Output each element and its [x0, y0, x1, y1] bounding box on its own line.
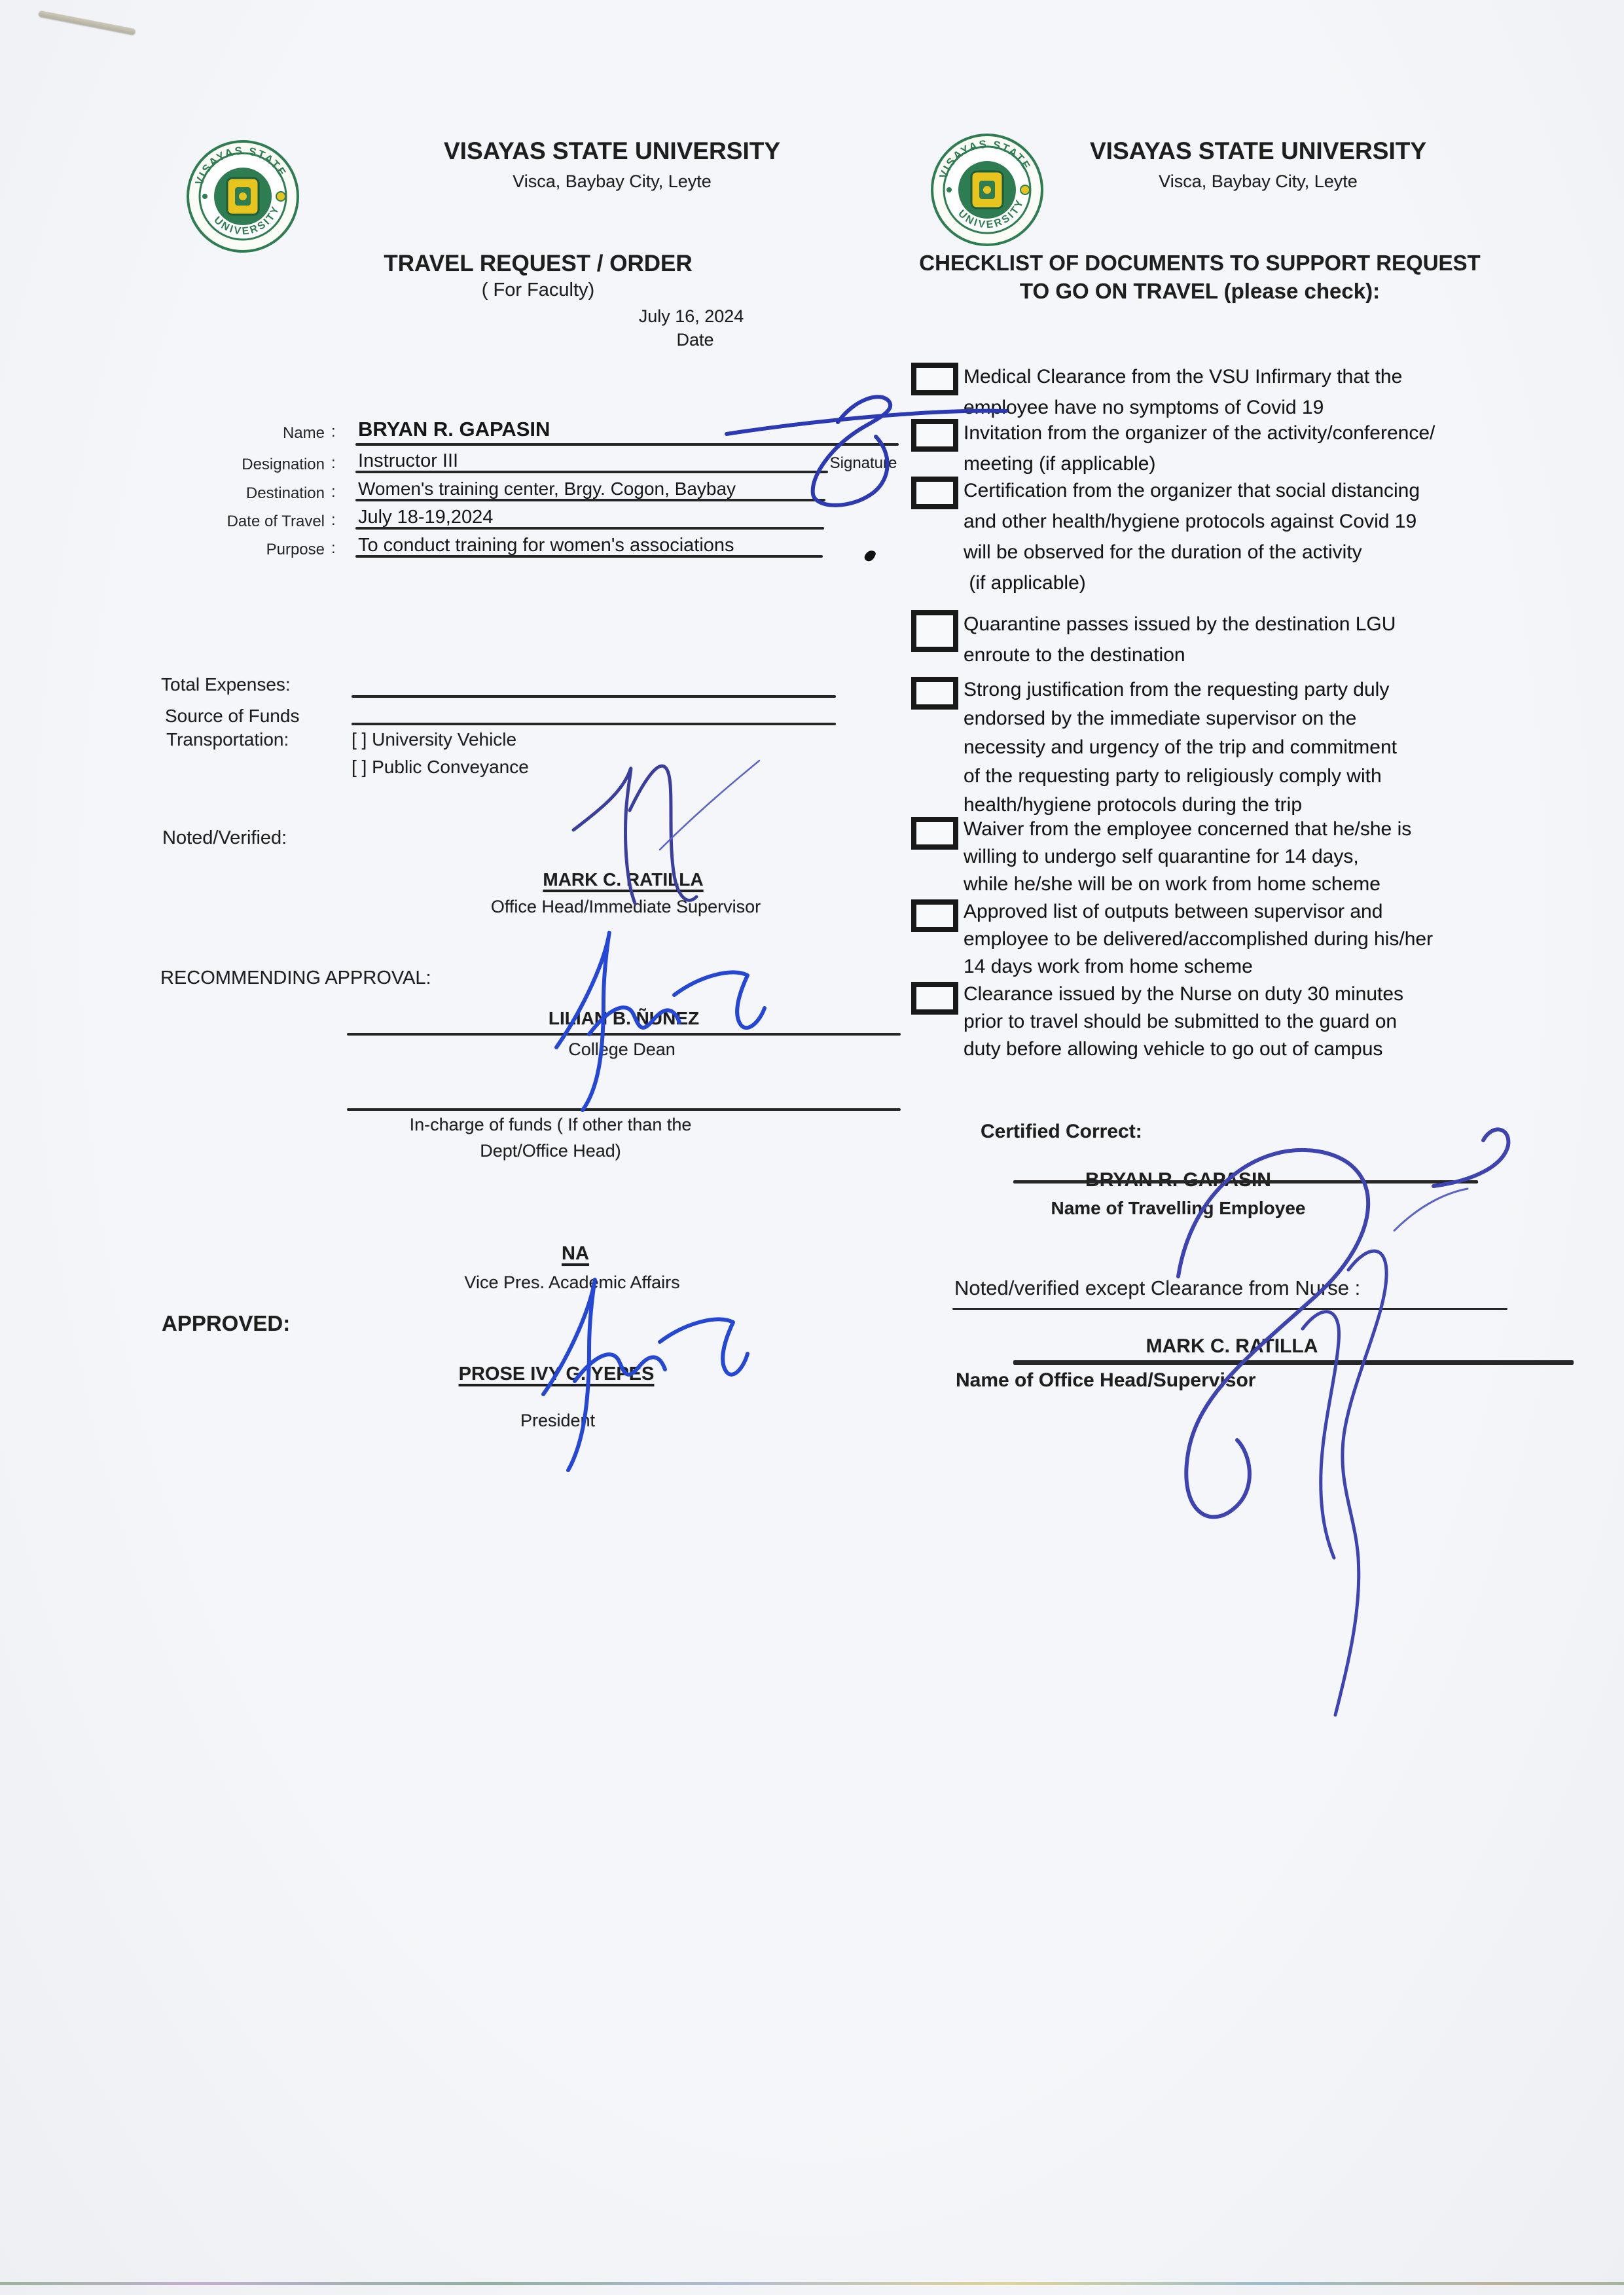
noted-verified-label: Noted/Verified:: [162, 827, 287, 849]
recommending-approval-label: RECOMMENDING APPROVAL:: [160, 967, 431, 989]
checklist-item-quarantine-passes: Quarantine passes issued by the destinat…: [911, 609, 1572, 670]
checklist-item-certification: Certification from the organizer that so…: [911, 475, 1572, 598]
certified-title: Name of Travelling Employee: [1051, 1198, 1305, 1219]
form-date-label: Date: [676, 330, 713, 350]
vsu-logo-right: VISAYAS STATE UNIVERSITY: [929, 132, 1045, 247]
field-colon: :: [331, 483, 336, 501]
transportation-label: Transportation:: [166, 729, 289, 750]
checkbox-nurse-clearance[interactable]: [911, 982, 958, 1015]
checklist-line: of the requesting party to religiously c…: [964, 762, 1397, 791]
checkbox-strong-justification[interactable]: [911, 677, 958, 710]
checklist-line: Waiver from the employee concerned that …: [964, 816, 1411, 843]
total-expenses-line: [352, 695, 836, 698]
vp-title: Vice Pres. Academic Affairs: [464, 1273, 679, 1293]
incharge-caption-line1: In-charge of funds ( If other than the: [410, 1115, 692, 1135]
checklist-title-line1: CHECKLIST OF DOCUMENTS TO SUPPORT REQUES…: [919, 251, 1480, 276]
approved-label: APPROVED:: [162, 1311, 290, 1336]
field-underline: [355, 443, 899, 446]
checklist-line: and other health/hygiene protocols again…: [964, 506, 1420, 537]
field-label: Date of Travel: [151, 513, 325, 531]
approved-title: President: [520, 1411, 595, 1431]
checkbox-quarantine-passes[interactable]: [911, 610, 958, 652]
checklist-line: will be observed for the duration of the…: [964, 537, 1420, 568]
certified-correct-label: Certified Correct:: [981, 1121, 1142, 1143]
checkbox-medical-clearance[interactable]: [911, 363, 958, 395]
scanner-artifact-line: [0, 2282, 1624, 2285]
checklist-line: prior to travel should be submitted to t…: [964, 1008, 1403, 1036]
checklist-line: necessity and urgency of the trip and co…: [964, 733, 1397, 762]
field-underline: [355, 471, 828, 473]
noted-name: MARK C. RATILLA: [543, 869, 703, 890]
noted-title: Office Head/Immediate Supervisor: [491, 897, 761, 917]
field-colon: :: [331, 539, 336, 558]
approved-name: PROSE IVY G. YEPES: [459, 1364, 655, 1385]
checklist-line: Invitation from the organizer of the act…: [964, 418, 1435, 448]
staple-mark: [39, 10, 136, 35]
checklist-title-line2: TO GO ON TRAVEL (please check):: [1020, 279, 1380, 304]
checklist-item-medical-clearance: Medical Clearance from the VSU Infirmary…: [911, 361, 1572, 423]
checklist-item-nurse-clearance: Clearance issued by the Nurse on duty 30…: [911, 981, 1572, 1063]
checklist-line: Approved list of outputs between supervi…: [964, 898, 1433, 926]
checklist-line: endorsed by the immediate supervisor on …: [964, 704, 1397, 733]
transport-option-university-vehicle[interactable]: [ ] University Vehicle: [352, 729, 516, 750]
checklist-item-approved-outputs: Approved list of outputs between supervi…: [911, 898, 1572, 981]
field-value-destination: Women's training center, Brgy. Cogon, Ba…: [358, 479, 736, 499]
left-university-name: VISAYAS STATE UNIVERSITY: [444, 137, 780, 165]
recommending-name: LILIAN B. ÑUNEZ: [549, 1008, 699, 1029]
checklist-item-invitation: Invitation from the organizer of the act…: [911, 418, 1572, 479]
vp-name: NA: [562, 1243, 589, 1265]
field-label: Designation: [151, 456, 325, 474]
form-date-value: July 16, 2024: [639, 306, 744, 327]
checklist-item-waiver: Waiver from the employee concerned that …: [911, 816, 1572, 898]
recommending-title: College Dean: [568, 1039, 676, 1060]
checklist-line: Strong justification from the requesting…: [964, 676, 1397, 704]
field-colon: :: [331, 511, 336, 530]
field-value-designation: Instructor III: [358, 450, 458, 472]
field-colon: :: [331, 454, 336, 473]
field-underline: [355, 499, 825, 501]
office-head-title: Name of Office Head/Supervisor: [956, 1369, 1255, 1392]
checklist-line: meeting (if applicable): [964, 448, 1435, 479]
field-value-purpose: To conduct training for women's associat…: [358, 535, 734, 556]
field-underline: [355, 527, 824, 530]
checklist-line: 14 days work from home scheme: [964, 953, 1433, 981]
checklist-item-strong-justification: Strong justification from the requesting…: [911, 676, 1572, 820]
checklist-line: employee to be delivered/accomplished du…: [964, 926, 1433, 953]
checklist-line: Clearance issued by the Nurse on duty 30…: [964, 981, 1403, 1008]
recommending-line: [347, 1033, 901, 1036]
field-value-date-of-travel: July 18-19,2024: [358, 507, 493, 528]
checklist-line: while he/she will be on work from home s…: [964, 871, 1411, 898]
ink-fleck: [863, 549, 877, 563]
noted-except-label: Noted/verified except Clearance from Nur…: [954, 1276, 1360, 1300]
checklist-line: duty before allowing vehicle to go out o…: [964, 1036, 1403, 1063]
right-university-name: VISAYAS STATE UNIVERSITY: [1090, 137, 1426, 165]
total-expenses-label: Total Expenses:: [161, 674, 291, 695]
field-colon: :: [331, 423, 336, 441]
field-label: Destination: [151, 484, 325, 503]
source-of-funds-label: Source of Funds: [165, 706, 299, 727]
left-university-address: Visca, Baybay City, Leyte: [513, 172, 712, 192]
checkbox-certification[interactable]: [911, 477, 958, 509]
office-head-name: MARK C. RATILLA: [1146, 1335, 1318, 1358]
checklist-line: Certification from the organizer that so…: [964, 475, 1420, 506]
form-title: TRAVEL REQUEST / ORDER: [384, 251, 692, 277]
field-label: Purpose: [151, 541, 325, 559]
incharge-line: [347, 1108, 901, 1111]
right-university-address: Visca, Baybay City, Leyte: [1159, 172, 1358, 192]
form-subtitle: ( For Faculty): [482, 280, 594, 301]
checkbox-approved-outputs[interactable]: [911, 899, 958, 932]
checklist-line: enroute to the destination: [964, 640, 1396, 670]
source-of-funds-line: [352, 723, 836, 725]
transport-option-public-conveyance[interactable]: [ ] Public Conveyance: [352, 757, 529, 778]
scanned-travel-request-form: VISAYAS STATE UNIVERSITY VISAYAS STATE U…: [0, 0, 1624, 2295]
office-head-line: [1013, 1360, 1574, 1365]
checklist-line: Medical Clearance from the VSU Infirmary…: [964, 361, 1402, 392]
field-underline: [355, 555, 823, 558]
vsu-logo: VISAYAS STATE UNIVERSITY: [185, 139, 300, 254]
signature-caption: Signature: [830, 454, 897, 473]
checkbox-waiver[interactable]: [911, 817, 958, 850]
checklist-line: Quarantine passes issued by the destinat…: [964, 609, 1396, 640]
certified-name-line: [1013, 1180, 1478, 1184]
checklist-line: (if applicable): [964, 568, 1420, 598]
checkbox-invitation[interactable]: [911, 419, 958, 452]
field-label: Name: [151, 424, 325, 443]
field-value-name: BRYAN R. GAPASIN: [358, 418, 550, 441]
incharge-caption-line2: Dept/Office Head): [480, 1141, 621, 1161]
checklist-line: willing to undergo self quarantine for 1…: [964, 843, 1411, 871]
noted-except-underline: [952, 1308, 1507, 1310]
